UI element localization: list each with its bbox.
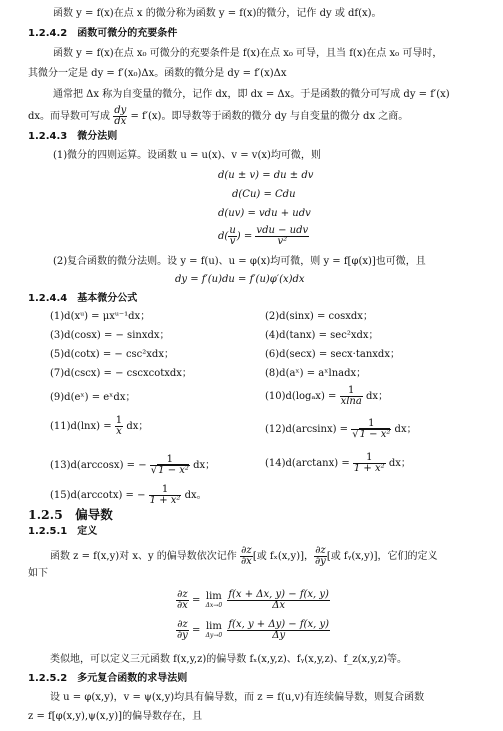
paragraph-differential-definition: 函数 y = f(x)在点 x 的微分称为函数 y = f(x)的微分，记作 d… [53, 8, 382, 20]
formula-lhs: (15)d(arccotx) = − [50, 490, 145, 501]
section-heading-1-2-5-2: 1.2.5.2 多元复合函数的求导法则 [28, 673, 187, 685]
fraction-u-v: uv [228, 226, 236, 247]
fraction-denominator: v² [255, 237, 309, 247]
fraction-denominator: xlna [340, 397, 363, 407]
section-heading-1-2-5-1: 1.2.5.1 定义 [28, 526, 97, 538]
formula-11: (11)d(lnx) = 1x dx； [50, 416, 148, 437]
fraction-quotient-rhs: vdu − udvv² [255, 226, 309, 247]
fraction-denominator: √1 − x² [150, 466, 190, 476]
paragraph-chain-rule-line2: z = f[φ(x,y),ψ(x,y)]的偏导数存在，且 [28, 711, 202, 723]
fraction-denominator: √1 − x² [351, 430, 391, 440]
fraction-dz-dy: ∂z∂y [176, 620, 189, 641]
section-heading-1-2-4-2: 1.2.4.2 函数可微分的充要条件 [28, 28, 177, 40]
formula-rhs: dx； [389, 458, 411, 469]
text-fragment: [或 fᵧ(x,y)]，它们的定义 [327, 551, 438, 562]
formula-14: (14)d(arctanx) = 11 + x² dx； [265, 453, 411, 474]
equation-product: d(uv) = vdu + udv [218, 208, 311, 220]
fraction: 1√1 − x² [150, 455, 190, 476]
equation-constant: d(Cu) = Cdu [232, 189, 296, 201]
limit-operator: limΔx→0 [206, 592, 223, 610]
formula-rhs: dx； [126, 421, 148, 432]
formula-7: (7)d(cscx) = − cscxcotxdx； [50, 368, 192, 380]
formula-lhs: (10)d(logₐx) = [265, 391, 336, 402]
section-heading-1-2-5: 1.2.5 偏导数 [28, 509, 113, 521]
fraction-denominator: ∂y [176, 631, 189, 641]
fraction-denominator: 1 + x² [353, 464, 386, 474]
text-fragment: dx。而导数可写成 [28, 111, 110, 122]
formula-13: (13)d(arccosx) = − 1√1 − x² dx； [50, 455, 215, 476]
equation-chain: dy = f′(u)du = f′(u)φ′(x)dx [175, 274, 305, 286]
sqrt-radicand: 1 − x² [157, 464, 189, 476]
formula-rhs: dx； [193, 460, 215, 471]
paragraph-partial-definition: 函数 z = f(x,y)对 x、y 的偏导数依次记作 ∂z∂x[或 fₓ(x,… [50, 546, 438, 567]
lim-text: lim [206, 622, 223, 631]
fraction: 1x [115, 416, 123, 437]
fraction-denominator: v [228, 237, 236, 247]
rule-composite: (2)复合函数的微分法则。设 y = f(u)、u = φ(x)均可微，则 y … [53, 256, 426, 268]
fraction-denominator: x [115, 427, 123, 437]
fraction: 11 + x² [149, 485, 182, 506]
formula-4: (4)d(tanx) = sec²xdx； [265, 330, 379, 342]
section-heading-1-2-4-3: 1.2.4.3 微分法则 [28, 131, 117, 143]
sqrt-radicand: 1 − x² [359, 428, 391, 440]
fraction-denominator: Δy [227, 631, 330, 641]
formula-rhs: dx； [366, 391, 388, 402]
formula-6: (6)d(secx) = secx·tanxdx； [265, 349, 400, 361]
text-fragment: = f′(x)。即导数等于函数的微分 dy 与自变量的微分 dx 之商。 [130, 111, 408, 122]
formula-2: (2)d(sinx) = cosxdx； [265, 311, 373, 323]
rule-four-operations: (1)微分的四则运算。设函数 u = u(x)、v = v(x)均可微，则 [53, 150, 321, 162]
paragraph-dx-line1: 通常把 Δx 称为自变量的微分，记作 dx，即 dx = Δx。于是函数的微分可… [53, 89, 450, 101]
formula-10: (10)d(logₐx) = 1xlna dx； [265, 386, 388, 407]
lim-subscript: Δy→0 [206, 631, 223, 640]
paragraph-chain-rule-line1: 设 u = φ(x,y)，v = ψ(x,y)均具有偏导数，而 z = f(u,… [50, 692, 424, 704]
fraction-dz-dx: ∂z∂x [240, 546, 253, 567]
formula-rhs: dx； [395, 424, 417, 435]
equation-partial-x: ∂z∂x = limΔx→0 f(x + Δx, y) − f(x, y)Δx [176, 590, 330, 611]
fraction-denominator: ∂x [176, 601, 189, 611]
fraction-denominator: 1 + x² [149, 496, 182, 506]
formula-5: (5)d(cotx) = − csc²xdx； [50, 349, 174, 361]
formula-9: (9)d(eˣ) = eˣdx； [50, 392, 135, 404]
formula-lhs: (12)d(arcsinx) = [265, 424, 348, 435]
fraction: 1√1 − x² [351, 419, 391, 440]
fraction-dy-dx: dy dx [113, 106, 127, 127]
formula-lhs: (11)d(lnx) = [50, 421, 112, 432]
equation-quotient: d(uv) = vdu − udvv² [218, 226, 309, 247]
paragraph-condition-line2: 其微分一定是 dy = f′(x₀)Δx。函数的微分是 dy = f′(x)Δx [28, 68, 287, 80]
section-heading-1-2-4-4: 1.2.4.4 基本微分公式 [28, 293, 137, 305]
equation-partial-y: ∂z∂y = limΔy→0 f(x, y + Δy) − f(x, y)Δy [176, 620, 330, 641]
paragraph-dx-line2: dx。而导数可写成 dy dx = f′(x)。即导数等于函数的微分 dy 与自… [28, 106, 408, 127]
formula-8: (8)d(aˣ) = aˣlnadx； [265, 368, 366, 380]
formula-12: (12)d(arcsinx) = 1√1 − x² dx； [265, 419, 417, 440]
fraction-denominator: dx [113, 117, 127, 127]
fraction: 11 + x² [353, 453, 386, 474]
fraction-difference-quotient-y: f(x, y + Δy) − f(x, y)Δy [227, 620, 330, 641]
fraction-dz-dx: ∂z∂x [176, 590, 189, 611]
paragraph-definition-line2: 如下 [28, 568, 48, 580]
fraction-difference-quotient-x: f(x + Δx, y) − f(x, y)Δx [227, 590, 330, 611]
fraction: 1xlna [340, 386, 363, 407]
paragraph-condition-line1: 函数 y = f(x)在点 x₀ 可微分的充要条件是 f(x)在点 x₀ 可导，… [53, 48, 442, 60]
lim-text: lim [206, 592, 223, 601]
fraction-dz-dy: ∂z∂y [314, 546, 327, 567]
paragraph-three-variable: 类似地，可以定义三元函数 f(x,y,z)的偏导数 fₓ(x,y,z)、fᵧ(x… [50, 654, 407, 666]
text-fragment: [或 fₓ(x,y)]， [253, 551, 314, 562]
equation-sum: d(u ± v) = du ± dv [218, 170, 313, 182]
formula-lhs: (13)d(arccosx) = − [50, 460, 147, 471]
formula-lhs: (14)d(arctanx) = [265, 458, 350, 469]
formula-rhs: dx。 [185, 490, 207, 501]
fraction-denominator: ∂x [240, 557, 253, 567]
limit-operator: limΔy→0 [206, 622, 223, 640]
text-fragment: 函数 z = f(x,y)对 x、y 的偏导数依次记作 [50, 551, 237, 562]
formula-1: (1)d(xᵘ) = μxᵘ⁻¹dx； [50, 311, 150, 323]
fraction-denominator: ∂y [314, 557, 327, 567]
formula-3: (3)d(cosx) = − sinxdx； [50, 330, 170, 342]
lim-subscript: Δx→0 [206, 601, 223, 610]
formula-15: (15)d(arccotx) = − 11 + x² dx。 [50, 485, 207, 506]
fraction-denominator: Δx [227, 601, 330, 611]
